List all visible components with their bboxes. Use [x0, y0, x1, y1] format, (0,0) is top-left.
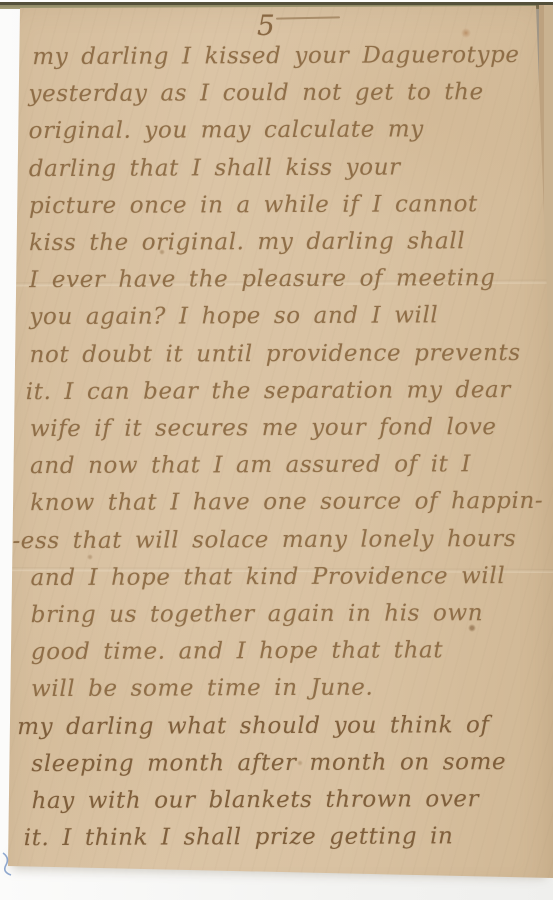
- letter-line: picture once in a while if I cannot: [29, 186, 542, 225]
- letter-line: -ess that will solace many lonely hours: [12, 521, 543, 561]
- letter-line: not doubt it until providence prevents: [30, 335, 543, 374]
- letter-line: know that I have one source of happin-: [30, 483, 543, 522]
- letter-line: I ever have the pleasure of meeting: [29, 260, 542, 299]
- letter-line: and now that I am assured of it I: [30, 446, 543, 485]
- letter-line: it. I can bear the separation my dear: [26, 372, 543, 411]
- letter-line: you again? I hope so and I will: [29, 297, 542, 336]
- letter-line: my darling I kissed your Daguerotype: [32, 37, 541, 76]
- page-number: 5: [257, 9, 275, 42]
- letter-line: hay with our blankets thrown over: [31, 781, 544, 820]
- letter-line: yesterday as I could not get to the: [28, 74, 541, 113]
- letter-line: darling that I shall kiss your: [29, 148, 542, 187]
- letter-line: sleeping month after month on some: [31, 744, 544, 783]
- letter-line: kiss the original. my darling shall: [29, 223, 542, 262]
- letter-body: my darling I kissed your Daguerotype yes…: [28, 37, 545, 858]
- letter-page: 5 my darling I kissed your Daguerotype y…: [0, 0, 553, 900]
- letter-line: wife if it secures me your fond love: [30, 409, 543, 448]
- page-number-flourish: [276, 16, 340, 19]
- letter-line: original. you may calculate my: [29, 111, 542, 150]
- letter-photograph: 5 my darling I kissed your Daguerotype y…: [0, 0, 553, 900]
- letter-line: good time. and I hope that that: [31, 632, 544, 671]
- letter-line: will be some time in June.: [31, 669, 544, 708]
- letter-line: and I hope that kind Providence will: [30, 558, 543, 597]
- letter-line: my darling what should you think of: [17, 707, 544, 747]
- letter-line: it. I think I shall prize getting in: [24, 818, 545, 857]
- letter-line: bring us together again in his own: [31, 595, 544, 634]
- blue-ink-mark: [0, 850, 18, 878]
